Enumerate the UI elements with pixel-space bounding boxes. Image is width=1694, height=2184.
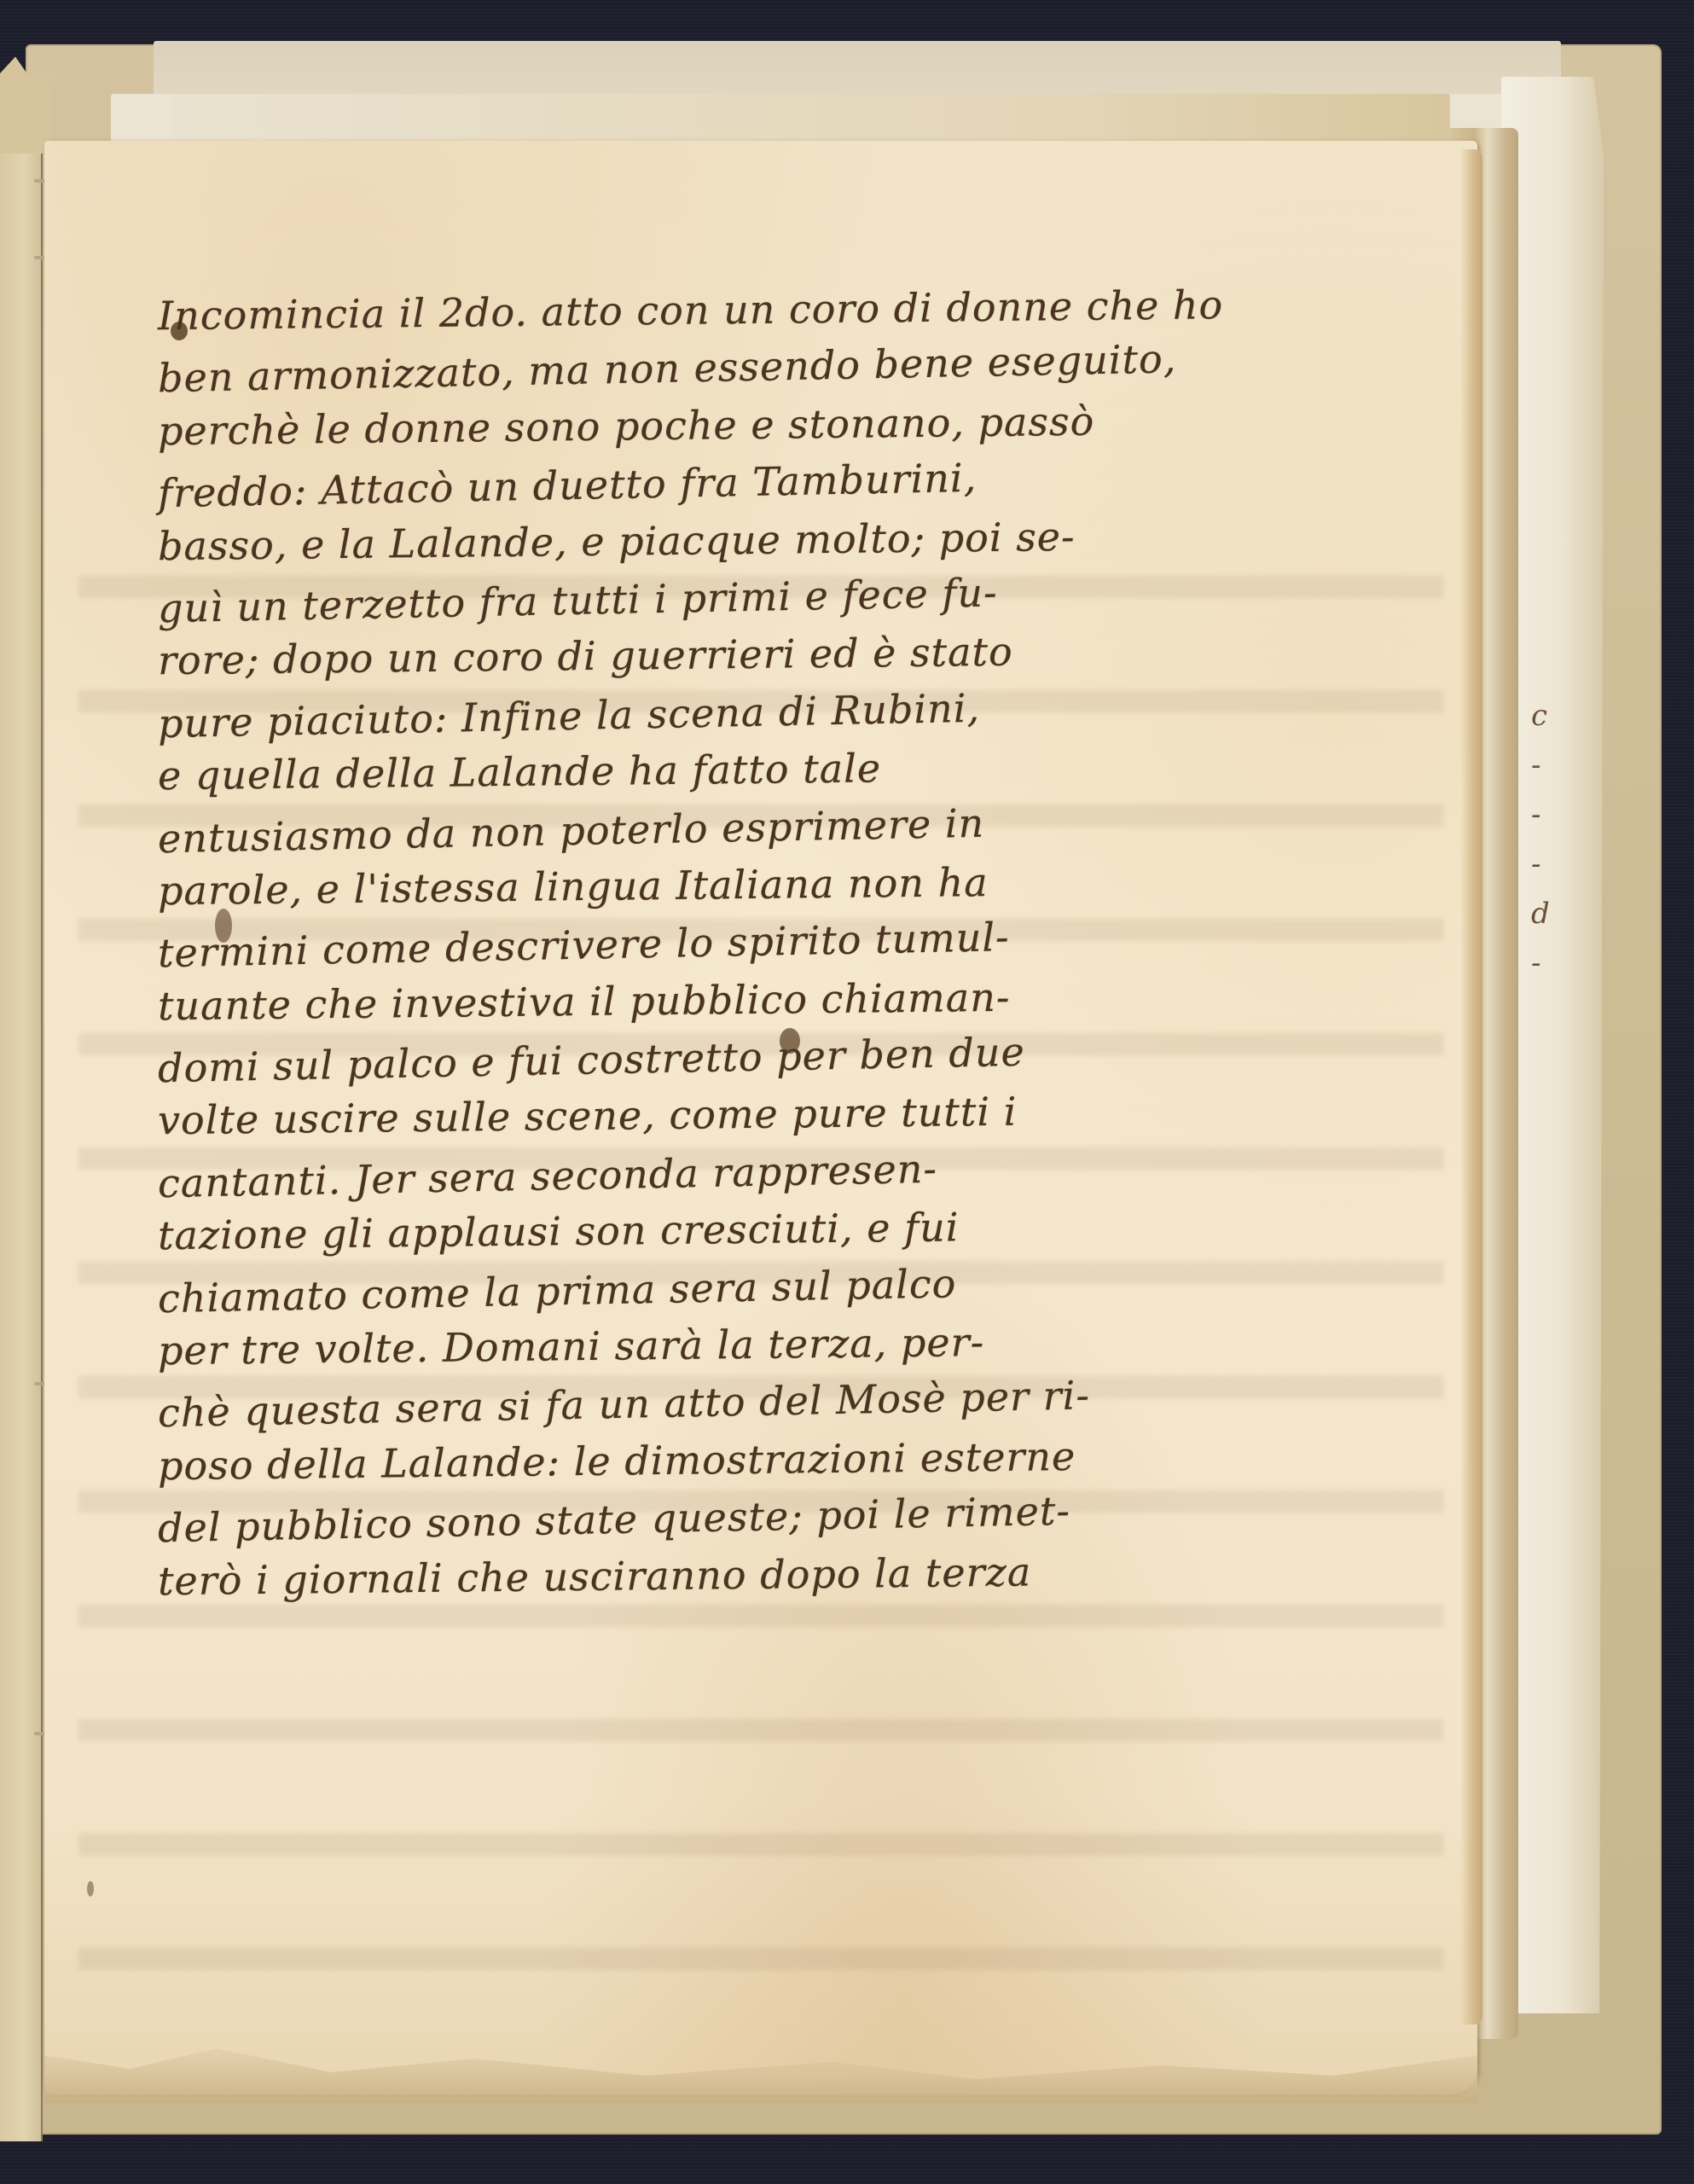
- text-line: terò i giornali che usciranno dopo la te…: [158, 1540, 1336, 1610]
- stacked-leaf: [171, 94, 1450, 143]
- margin-fragment: -: [1531, 790, 1582, 839]
- ink-blot: [87, 1881, 94, 1896]
- margin-fragment: c: [1531, 691, 1582, 741]
- page-edge-shadow: [1460, 149, 1482, 2024]
- margin-fragment: d: [1531, 889, 1582, 938]
- adjacent-left-leaf: [0, 154, 43, 2141]
- margin-fragment: -: [1531, 938, 1582, 988]
- handwritten-text: Incominciа il 2do. atto con un coro di d…: [158, 282, 1335, 1604]
- margin-fragment: -: [1531, 839, 1582, 889]
- underlying-leaf-text-fragments: c - - - d -: [1531, 691, 1582, 988]
- margin-fragment: -: [1531, 741, 1582, 790]
- manuscript-scan: c - - - d - Incominciа il 2do. atto con …: [0, 0, 1694, 2184]
- page-torn-bottom: [44, 2035, 1477, 2103]
